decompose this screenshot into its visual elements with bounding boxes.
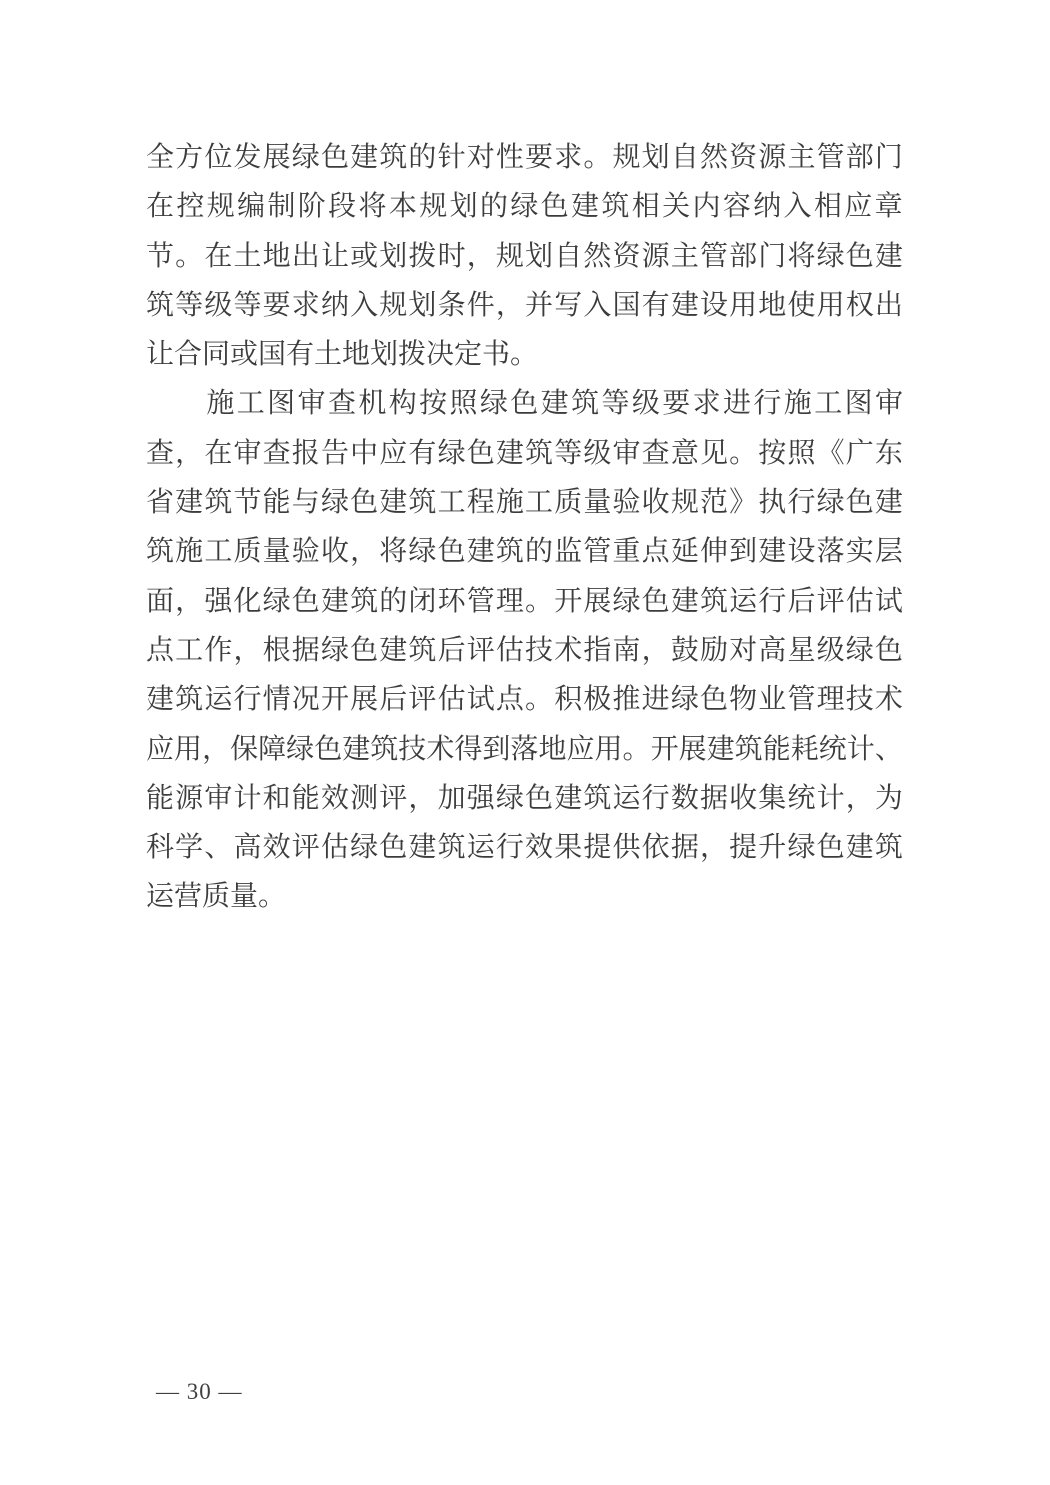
text-line: 省建筑节能与绿色建筑工程施工质量验收规范》执行绿色建 [146,478,903,527]
text-line: 让合同或国有土地划拨决定书。 [146,330,903,379]
paragraph-1: 全方位发展绿色建筑的针对性要求。规划自然资源主管部门 在控规编制阶段将本规划的绿… [146,133,903,379]
text-line: 面，强化绿色建筑的闭环管理。开展绿色建筑运行后评估试 [146,577,903,626]
text-line: 筑等级等要求纳入规划条件，并写入国有建设用地使用权出 [146,281,903,330]
page-footer: — 30 — [156,1375,243,1409]
document-page: 全方位发展绿色建筑的针对性要求。规划自然资源主管部门 在控规编制阶段将本规划的绿… [0,0,1050,1485]
paragraph-2: 施工图审查机构按照绿色建筑等级要求进行施工图审 查，在审查报告中应有绿色建筑等级… [146,379,903,921]
text-line: 能源审计和能效测评，加强绿色建筑运行数据收集统计，为 [146,774,903,823]
text-line: 全方位发展绿色建筑的针对性要求。规划自然资源主管部门 [146,133,903,182]
body-text: 全方位发展绿色建筑的针对性要求。规划自然资源主管部门 在控规编制阶段将本规划的绿… [146,133,903,922]
text-line: 查，在审查报告中应有绿色建筑等级审查意见。按照《广东 [146,429,903,478]
text-line: 点工作，根据绿色建筑后评估技术指南，鼓励对高星级绿色 [146,626,903,675]
text-line: 科学、高效评估绿色建筑运行效果提供依据，提升绿色建筑 [146,823,903,872]
text-line: 节。在土地出让或划拨时，规划自然资源主管部门将绿色建 [146,232,903,281]
text-line: 建筑运行情况开展后评估试点。积极推进绿色物业管理技术 [146,675,903,724]
text-line: 在控规编制阶段将本规划的绿色建筑相关内容纳入相应章 [146,182,903,231]
text-line: 应用，保障绿色建筑技术得到落地应用。开展建筑能耗统计、 [146,725,903,774]
page-number: — 30 — [156,1379,243,1404]
text-line: 筑施工质量验收，将绿色建筑的监管重点延伸到建设落实层 [146,527,903,576]
text-line: 施工图审查机构按照绿色建筑等级要求进行施工图审 [146,379,903,428]
text-line: 运营质量。 [146,872,903,921]
